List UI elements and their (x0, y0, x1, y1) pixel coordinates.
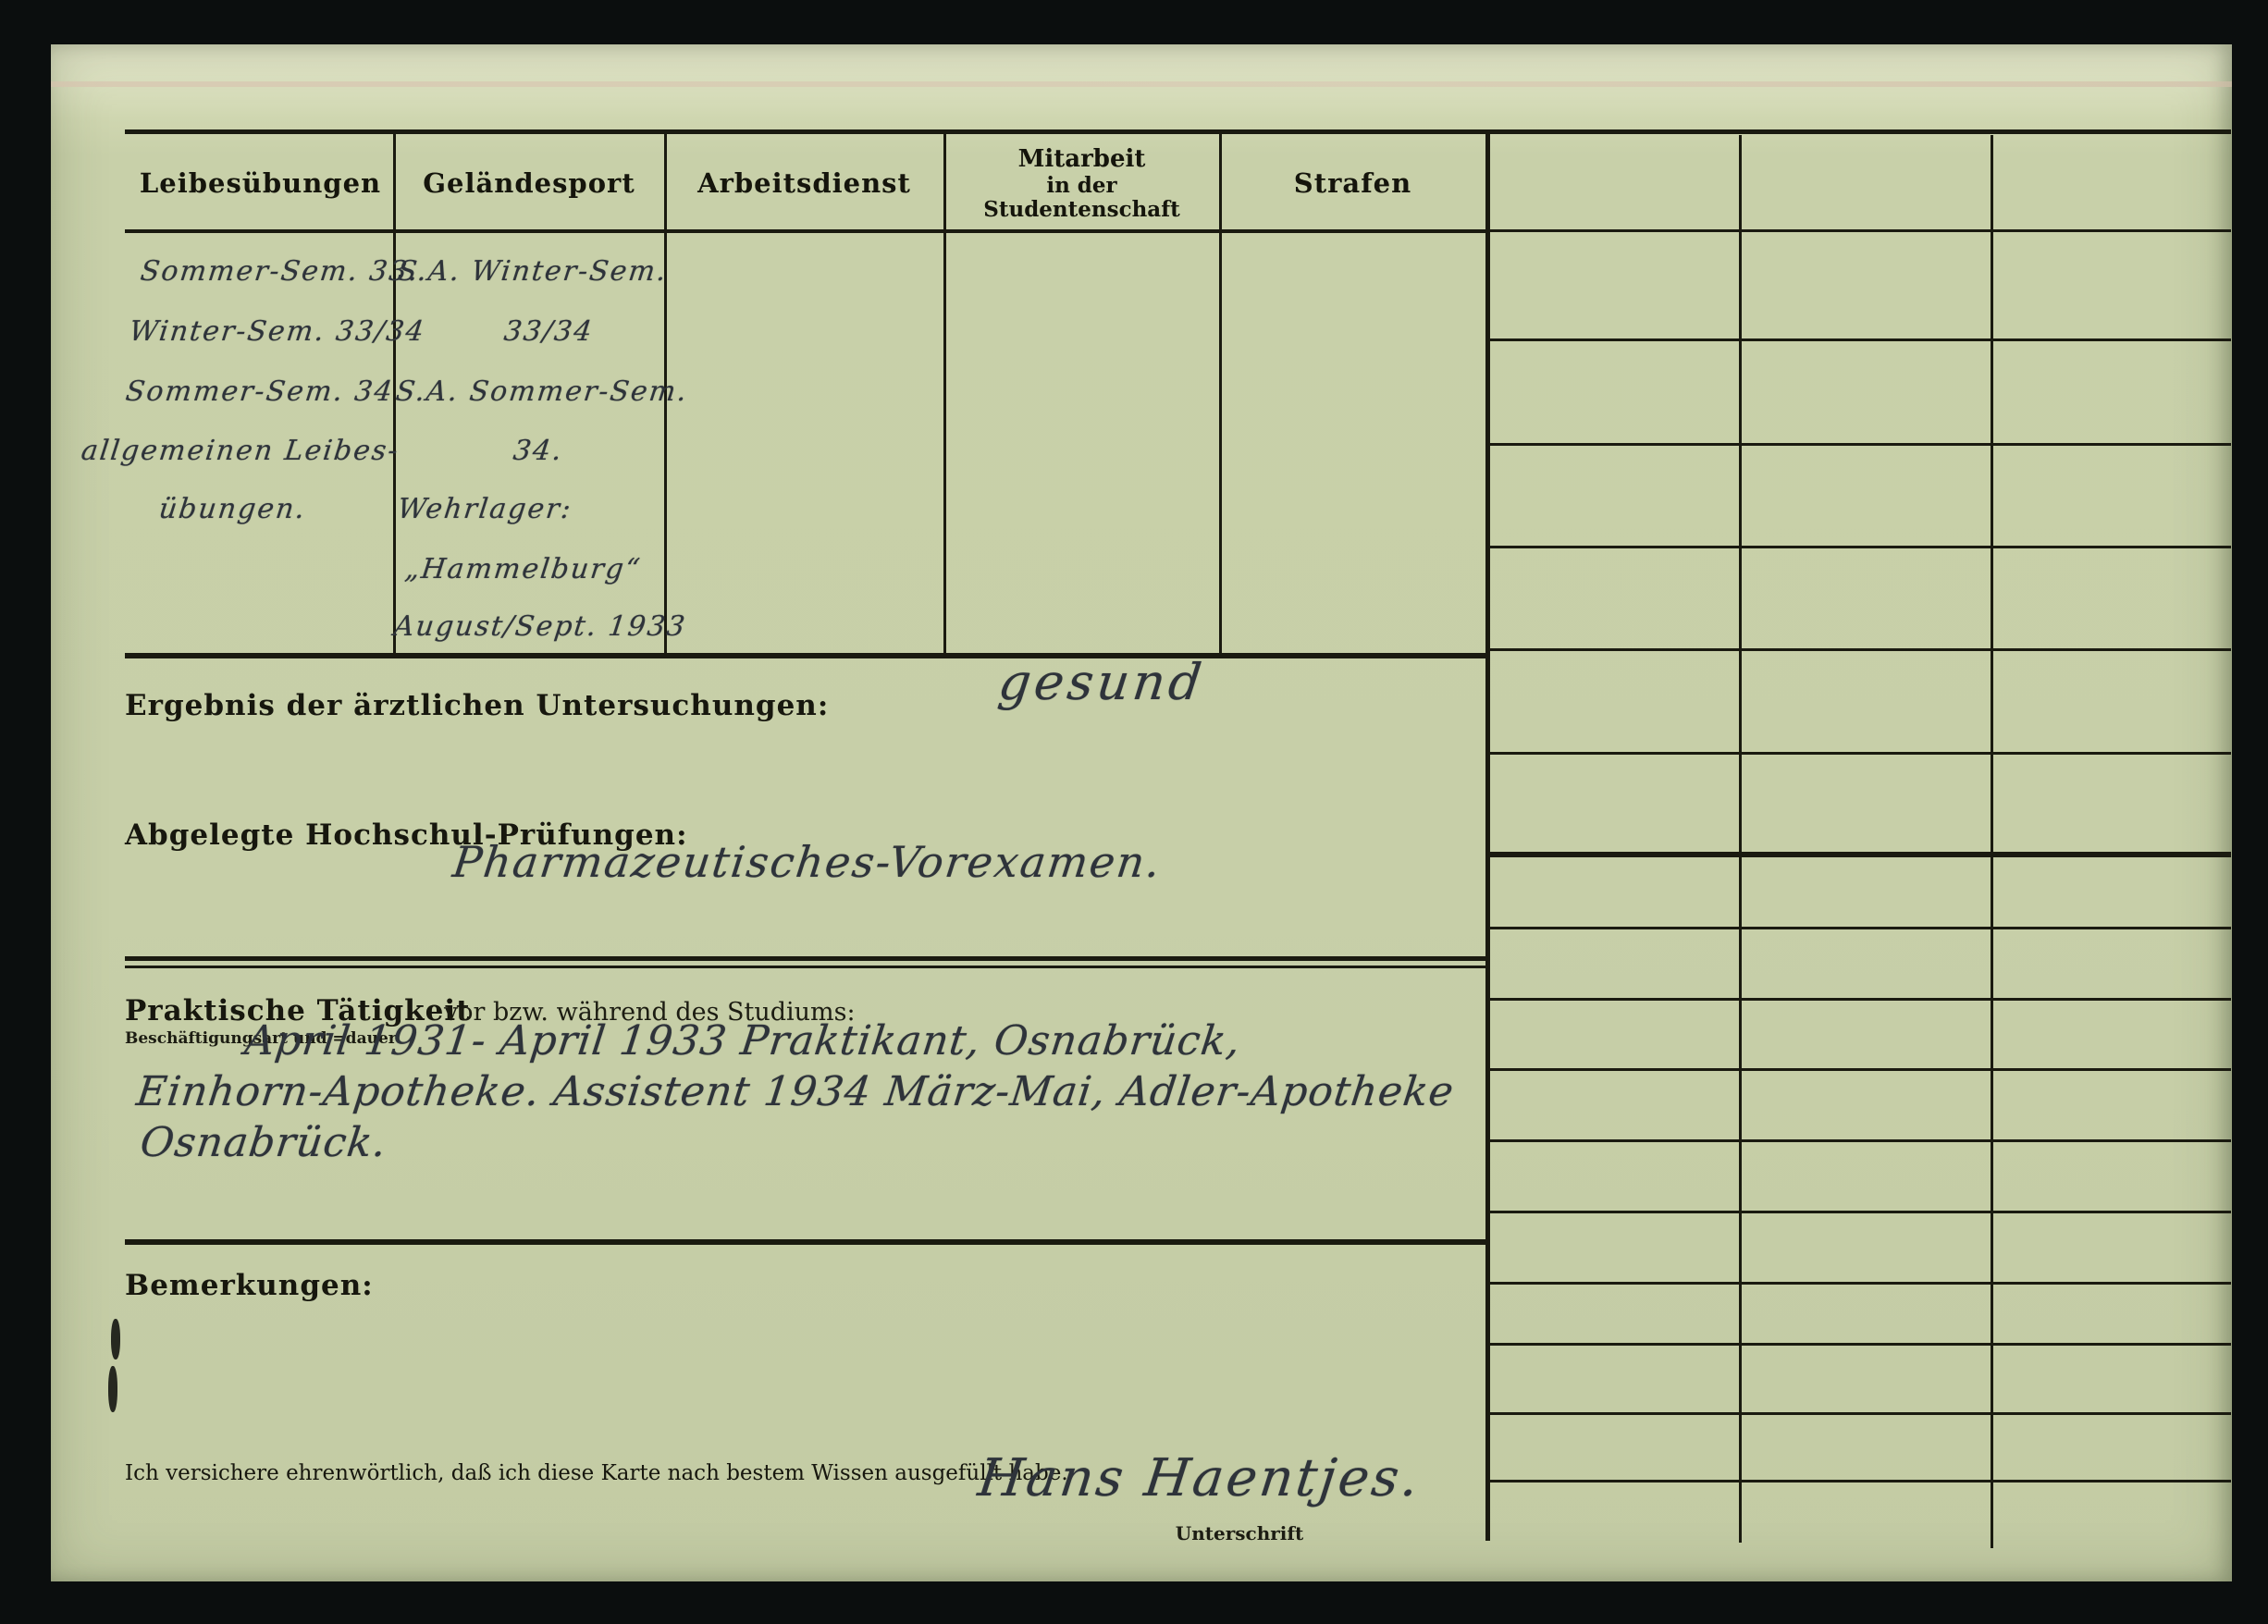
grid-row-line (1490, 927, 2231, 929)
heavy-rule (1490, 852, 2231, 857)
handwritten-entry: Sommer-Sem. 33. (139, 255, 422, 288)
grid-row-line (1490, 1282, 2231, 1285)
grid-row-line (1490, 752, 2231, 755)
signature: Hans Haentjes. (975, 1448, 1424, 1508)
column-header-mitarbeit: Mitarbeit in der Studentenschaft (946, 141, 1217, 228)
column-header-strafen: Strafen (1222, 141, 1484, 228)
handwritten-entry: Wehrlager: (396, 493, 574, 525)
column-divider (1991, 135, 1993, 1548)
grid-row-line (1490, 229, 2231, 232)
column-header-label: Strafen (1294, 168, 1411, 199)
handwritten-entry: 33/34 (502, 315, 596, 348)
column-header-label: Leibesübungen (140, 168, 381, 199)
grid-row-line (1490, 1211, 2231, 1213)
declaration-text: Ich versichere ehrenwörtlich, daß ich di… (125, 1461, 1068, 1485)
heavy-rule (125, 956, 1490, 961)
grid-row-line (1490, 546, 2231, 548)
column-header-arbeitsdienst: Arbeitsdienst (667, 141, 942, 228)
medical-result-label: Ergebnis der ärztlichen Untersuchungen: (125, 689, 829, 722)
column-header-gelaendesport: Geländesport (396, 141, 662, 228)
column-divider (1739, 135, 1742, 1543)
handwritten-entry: 34. (512, 435, 565, 467)
signature-caption: Unterschrift (1110, 1522, 1369, 1544)
column-header-leibesuebungen: Leibesübungen (129, 141, 391, 228)
exams-value: Pharmazeutisches-Vorexamen. (450, 837, 1165, 887)
paper-crease (51, 81, 2232, 87)
handwritten-entry: allgemeinen Leibes- (80, 435, 401, 467)
handwritten-entry: S.A. Sommer-Sem. (394, 375, 690, 408)
grid-row-line (1490, 1343, 2231, 1346)
grid-row-line (1490, 1412, 2231, 1415)
column-header-label: Arbeitsdienst (697, 168, 911, 199)
heavy-rule (125, 129, 2231, 134)
heavy-rule (125, 653, 1490, 658)
grid-row-line (1490, 1068, 2231, 1071)
medical-result-value: gesund (995, 653, 1208, 711)
handwritten-entry: „Hammelburg“ (403, 553, 644, 585)
handwritten-entry: S.A. Winter-Sem. (396, 255, 670, 288)
handwritten-entry: Winter-Sem. 33/34 (128, 315, 427, 348)
thin-rule (125, 966, 1490, 968)
heavy-rule (125, 1239, 1490, 1245)
column-divider (1485, 129, 1490, 1541)
column-header-label: Geländesport (423, 168, 635, 199)
grid-row-line (1490, 998, 2231, 1001)
grid-row-line (1490, 648, 2231, 651)
ink-mark (108, 1366, 117, 1412)
remarks-label: Bemerkungen: (125, 1269, 374, 1302)
header-underline (125, 229, 1490, 233)
column-header-sublabel: in der Studentenschaft (946, 174, 1217, 223)
grid-row-line (1490, 338, 2231, 341)
scanned-card-background: Leibesübungen Geländesport Arbeitsdienst… (0, 0, 2268, 1624)
handwritten-entry: August/Sept. 1933 (392, 610, 688, 643)
grid-row-line (1490, 1139, 2231, 1142)
handwritten-entry: übungen. (157, 493, 308, 525)
ink-mark (111, 1319, 120, 1359)
grid-row-line (1490, 1480, 2231, 1483)
column-header-label: Mitarbeit (1018, 146, 1146, 174)
handwritten-entry: Sommer-Sem. 34 (124, 375, 396, 408)
handwritten-practical-line: Einhorn-Apotheke. Assistent 1934 März-Ma… (134, 1068, 1457, 1115)
grid-row-line (1490, 443, 2231, 446)
handwritten-practical-line: Osnabrück. (138, 1119, 389, 1166)
handwritten-practical-line: April 1931- April 1933 Praktikant, Osnab… (242, 1017, 1243, 1064)
